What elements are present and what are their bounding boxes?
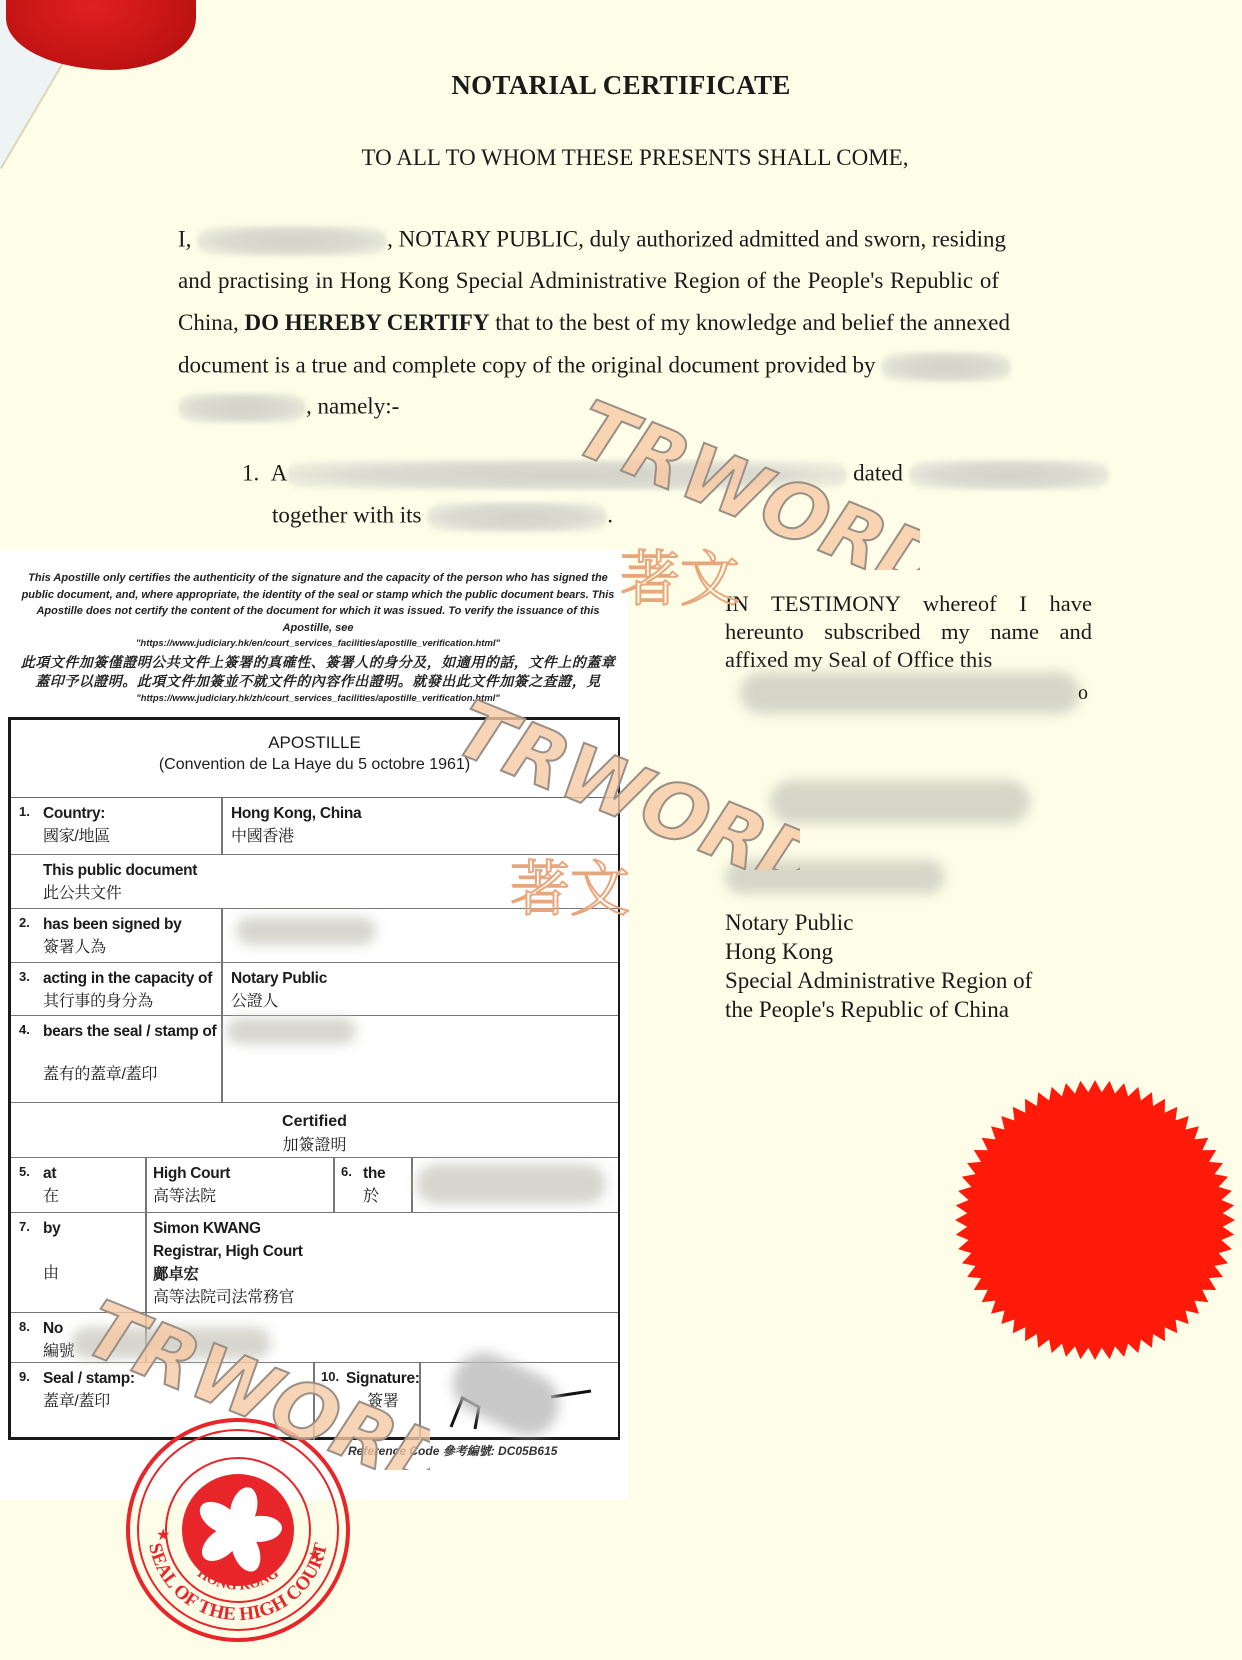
item-1: 1. A dated (242, 460, 1109, 490)
redacted-provider-cont (178, 393, 306, 423)
certify-line-2: and practising in Hong Kong Special Admi… (178, 268, 999, 294)
apostille-heading: APOSTILLE (Convention de La Haye du 5 oc… (11, 720, 618, 798)
redacted-signer (236, 917, 376, 945)
certified-heading: Certified 加簽證明 (11, 1110, 618, 1158)
testimony-clause: IN TESTIMONY whereof I have hereunto sub… (725, 590, 1092, 674)
redacted-notary-name (197, 226, 387, 256)
apostille-table: APOSTILLE (Convention de La Haye du 5 oc… (8, 717, 620, 1440)
row-by: 7. by由 Simon KWANG Registrar, High Court… (11, 1213, 618, 1313)
redacted-number (71, 1327, 271, 1359)
high-court-seal-icon: SEAL OF THE HIGH COURT HONG KONG ★ ★ (118, 1410, 358, 1650)
certificate-title: NOTARIAL CERTIFICATE (0, 70, 1242, 101)
redacted-seal-owner (226, 1018, 356, 1044)
salutation: TO ALL TO WHOM THESE PRESENTS SHALL COME… (0, 145, 1242, 171)
redacted-attachment (427, 502, 607, 532)
certify-line-1: I, , NOTARY PUBLIC, duly authorized admi… (178, 226, 1006, 256)
redacted-testimony-date (740, 672, 1080, 714)
row-number: 8. No編號 (11, 1313, 618, 1363)
notary-seal-icon (950, 1070, 1240, 1370)
svg-text:★: ★ (308, 1547, 322, 1564)
item-1-line-2: together with its . (272, 502, 613, 532)
svg-text:著文: 著文 (620, 545, 740, 615)
certify-line-5: , namely:- (178, 393, 399, 423)
row-capacity: 3. acting in the capacity of其行事的身分為 Nota… (11, 963, 618, 1016)
testimony-trailing: o (1078, 682, 1088, 705)
reference-code: Reference Code 參考編號: DC05B615 (348, 1442, 557, 1459)
svg-text:★: ★ (156, 1527, 170, 1544)
row-seal-of: 4. bears the seal / stamp of蓋有的蓋章/蓋印 (11, 1016, 618, 1103)
redacted-signature (770, 780, 1030, 824)
redacted-provider (881, 352, 1011, 382)
registrar-name: Simon KWANG Registrar, High Court 鄺卓宏 高等… (153, 1217, 303, 1309)
apostille-disclaimer: This Apostille only certifies the authen… (18, 570, 618, 707)
certify-line-3: China, DO HEREBY CERTIFY that to the bes… (178, 310, 1010, 336)
redacted-notary-signoff-name (725, 860, 945, 894)
redacted-document-name (287, 460, 847, 490)
redacted-date (416, 1164, 606, 1204)
redacted-date (909, 460, 1109, 490)
row-at-date: 5. at在 High Court高等法院 6. the於 (11, 1157, 618, 1213)
row-public-document: This public document此公共文件 (11, 855, 618, 909)
row-signed-by: 2. has been signed by簽署人為 (11, 909, 618, 963)
notary-signoff: Notary Public Hong Kong Special Administ… (725, 908, 1032, 1024)
certify-bold: DO HEREBY CERTIFY (244, 310, 489, 335)
certify-line-4: document is a true and complete copy of … (178, 352, 1011, 382)
row-country: 1. Country:國家/地區 Hong Kong, China中國香港 (11, 798, 618, 855)
